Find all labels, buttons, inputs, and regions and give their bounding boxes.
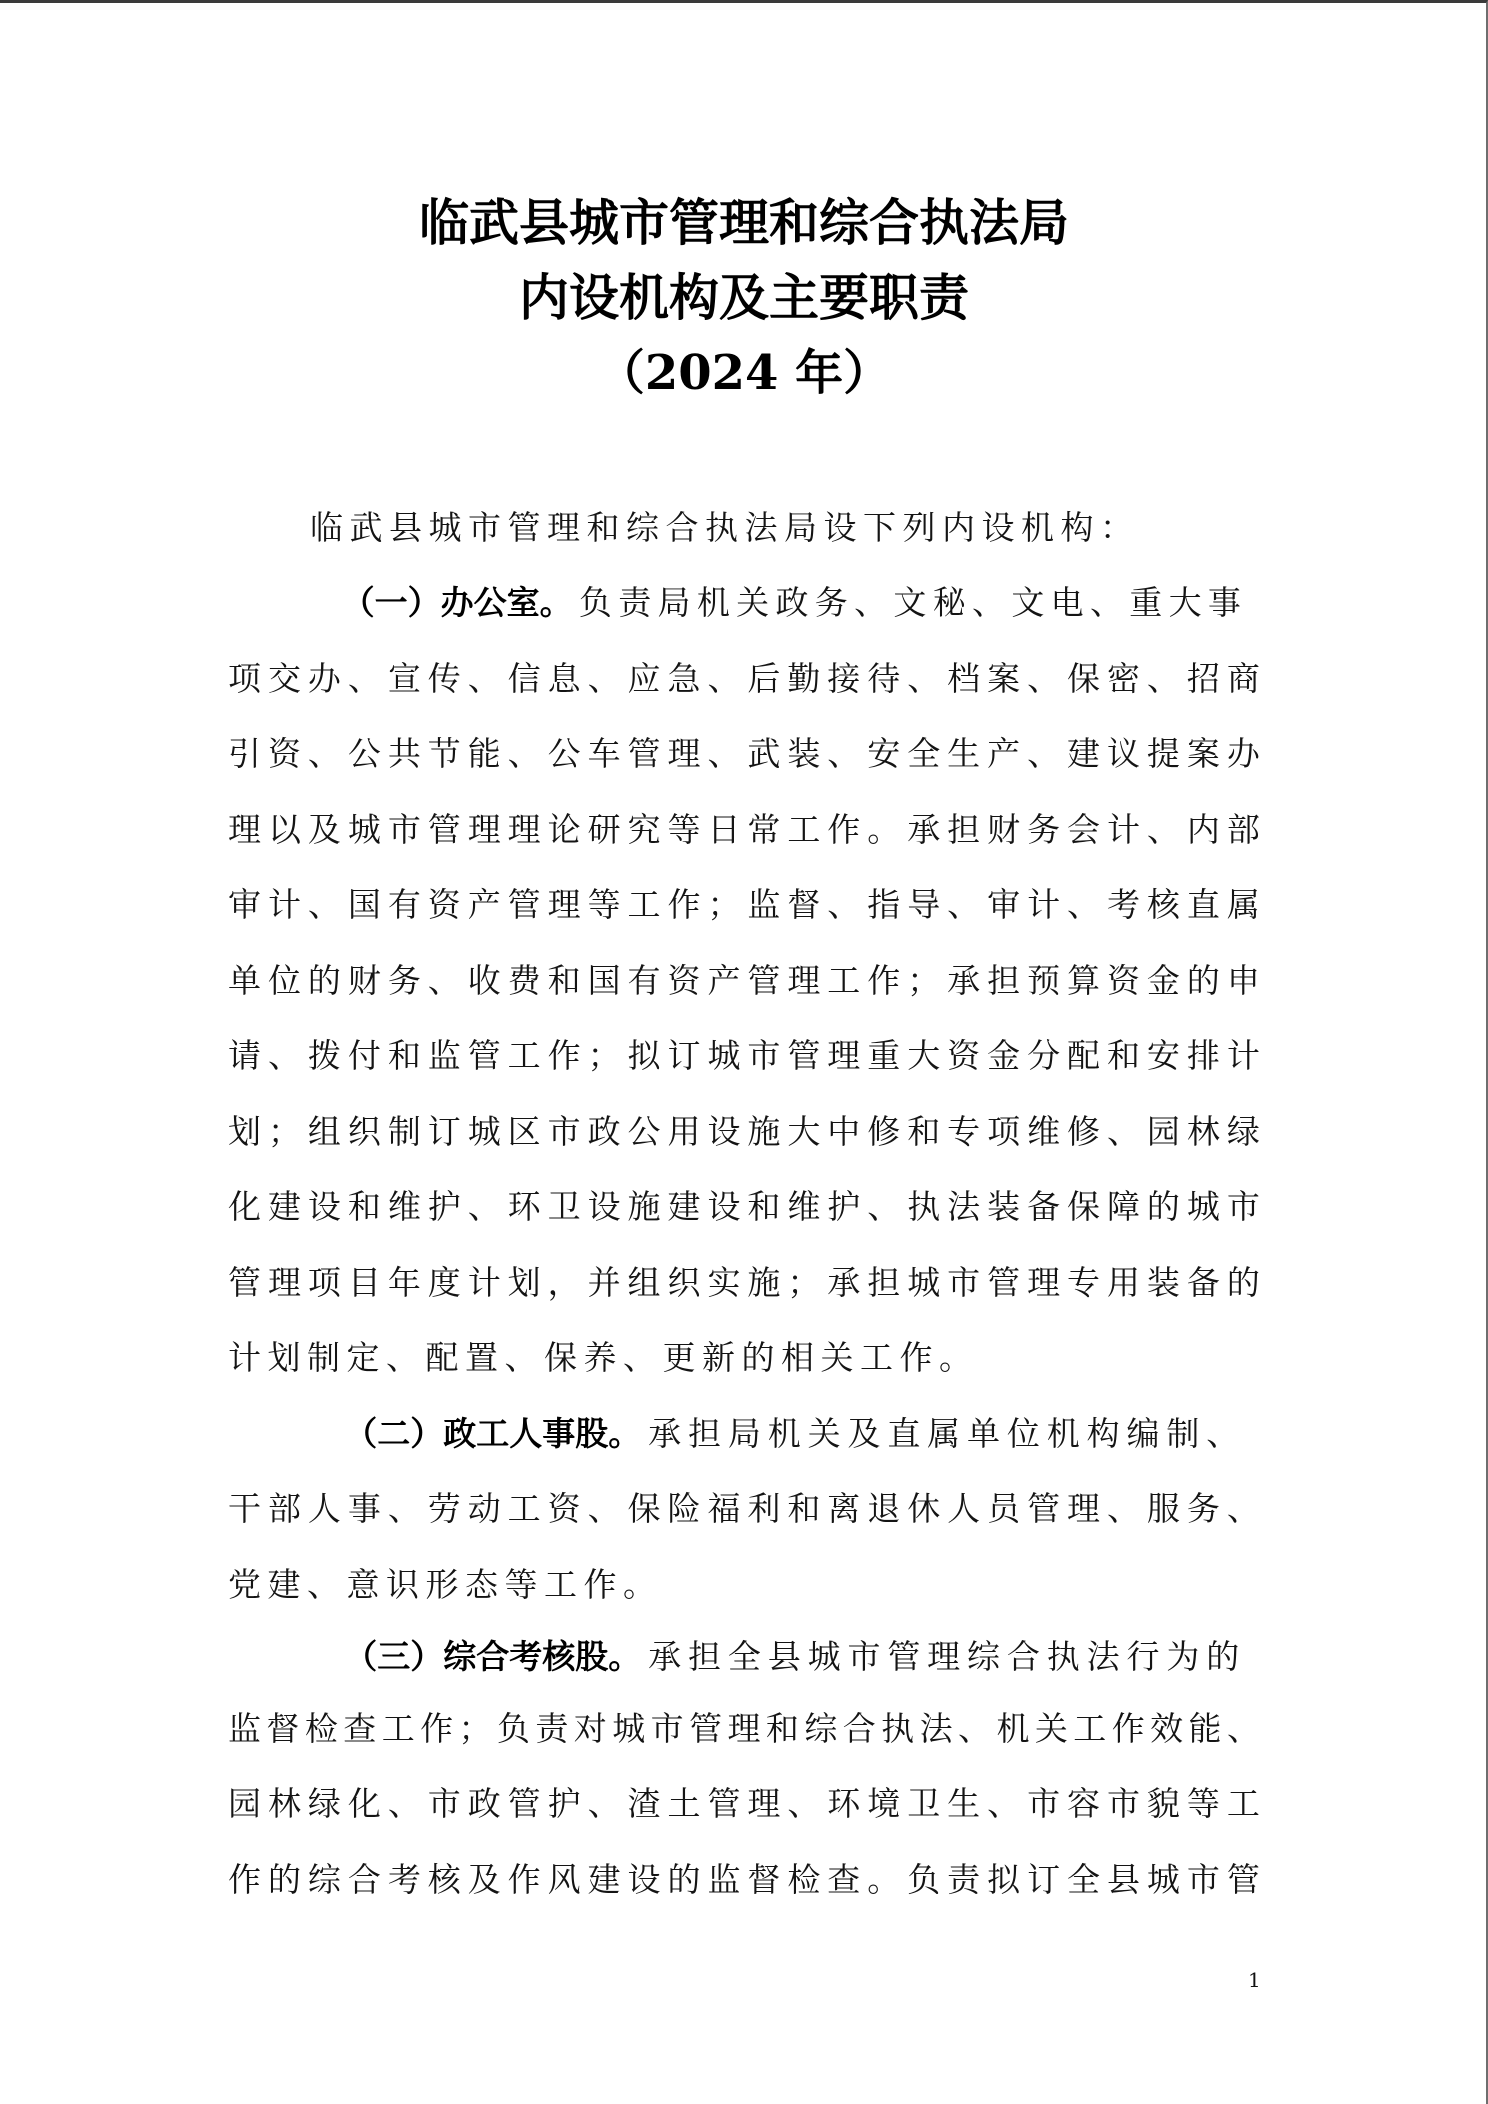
- section-1-line: 划；组织制订城区市政公用设施大中修和专项维修、园林绿: [228, 1110, 1260, 1154]
- section-heading-office: （一）办公室。: [342, 581, 573, 625]
- section-1-line: 引资、公共节能、公车管理、武装、安全生产、建议提案办: [228, 732, 1260, 776]
- section-1-line: 项交办、宣传、信息、应急、后勤接待、档案、保密、招商: [228, 657, 1260, 701]
- section-1-line: 计划制定、配置、保养、更新的相关工作。: [228, 1336, 1260, 1380]
- section-2-line: 党建、意识形态等工作。: [228, 1563, 1260, 1607]
- document-page: 临武县城市管理和综合执法局 内设机构及主要职责 （2024 年） 临武县城市管理…: [0, 0, 1488, 2104]
- intro-paragraph: 临武县城市管理和综合执法局设下列内设机构：: [310, 506, 1260, 550]
- section-heading-assessment: （三）综合考核股。: [344, 1635, 641, 1679]
- section-2-first-line: （二）政工人事股。承担局机关及直属单位机构编制、: [310, 1412, 1260, 1456]
- section-3-line: 园林绿化、市政管护、渣土管理、环境卫生、市容市貌等工: [228, 1782, 1260, 1826]
- section-3-line: 监督检查工作；负责对城市管理和综合执法、机关工作效能、: [228, 1707, 1260, 1751]
- section-1-first-line: （一）办公室。负责局机关政务、文秘、文电、重大事: [310, 581, 1260, 625]
- section-2-line: 干部人事、劳动工资、保险福利和离退休人员管理、服务、: [228, 1487, 1260, 1531]
- document-title-line-1: 临武县城市管理和综合执法局: [0, 193, 1488, 253]
- section-1-line: 管理项目年度计划，并组织实施；承担城市管理专用装备的: [228, 1261, 1260, 1305]
- intro-text: 临武县城市管理和综合执法局设下列内设机构：: [310, 508, 1140, 547]
- section-3-line: 作的综合考核及作风建设的监督检查。负责拟订全县城市管: [228, 1858, 1260, 1902]
- section-3-first-line: （三）综合考核股。承担全县城市管理综合执法行为的: [310, 1635, 1260, 1679]
- section-heading-personnel: （二）政工人事股。: [344, 1412, 641, 1456]
- section-1-line: 请、拨付和监管工作；拟订城市管理重大资金分配和安排计: [228, 1034, 1260, 1078]
- section-1-line: 理以及城市管理理论研究等日常工作。承担财务会计、内部: [228, 808, 1260, 852]
- document-title-year: （2024 年）: [0, 343, 1488, 403]
- section-1-line: 化建设和维护、环卫设施建设和维护、执法装备保障的城市: [228, 1185, 1260, 1229]
- page-number: 1: [1248, 1965, 1261, 1995]
- section-1-line: 审计、国有资产管理等工作；监督、指导、审计、考核直属: [228, 883, 1260, 927]
- document-title-line-2: 内设机构及主要职责: [0, 268, 1488, 328]
- section-1-line: 单位的财务、收费和国有资产管理工作；承担预算资金的申: [228, 959, 1260, 1003]
